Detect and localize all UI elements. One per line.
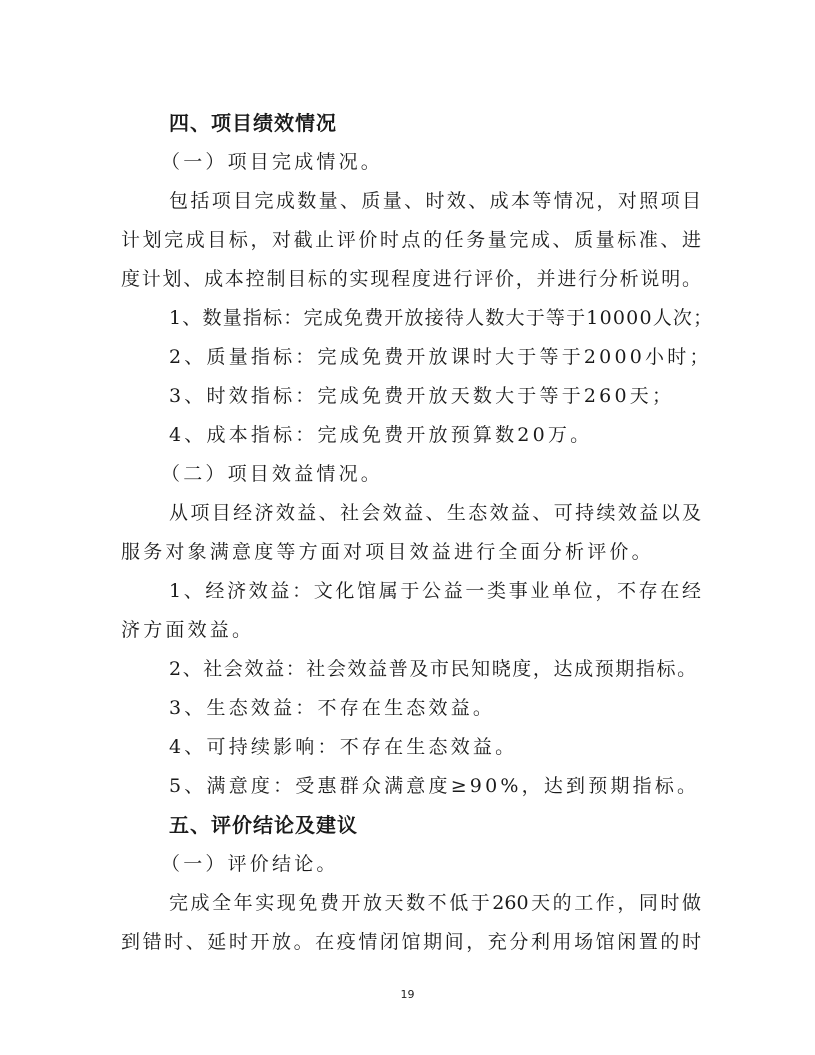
subheading-evaluation-conclusion: （一）评价结论。: [121, 845, 701, 884]
benefit-economic-cont: 济方面效益。: [121, 611, 701, 650]
paragraph-line: 包括项目完成数量、质量、时效、成本等情况，对照项目: [121, 182, 701, 221]
document-body: 四、项目绩效情况 （一）项目完成情况。 包括项目完成数量、质量、时效、成本等情况…: [121, 104, 701, 962]
paragraph-line: 服务对象满意度等方面对项目效益进行全面分析评价。: [121, 533, 701, 572]
indicator-quality: 2、质量指标：完成免费开放课时大于等于2000小时；: [121, 338, 701, 377]
section-heading-5: 五、评价结论及建议: [121, 806, 701, 845]
document-page: 四、项目绩效情况 （一）项目完成情况。 包括项目完成数量、质量、时效、成本等情况…: [0, 0, 815, 1055]
benefit-sustainable: 4、可持续影响：不存在生态效益。: [121, 728, 701, 767]
section-heading-4: 四、项目绩效情况: [121, 104, 701, 143]
paragraph-line: 度计划、成本控制目标的实现程度进行评价，并进行分析说明。: [121, 260, 701, 299]
indicator-quantity: 1、数量指标：完成免费开放接待人数大于等于10000人次；: [121, 299, 701, 338]
paragraph-line: 从项目经济效益、社会效益、生态效益、可持续效益以及: [121, 494, 701, 533]
indicator-cost: 4、成本指标：完成免费开放预算数20万。: [121, 416, 701, 455]
subheading-project-benefits: （二）项目效益情况。: [121, 455, 701, 494]
subheading-project-completion: （一）项目完成情况。: [121, 143, 701, 182]
paragraph-line: 计划完成目标，对截止评价时点的任务量完成、质量标准、进: [121, 221, 701, 260]
page-number: 19: [0, 988, 815, 1001]
indicator-timeliness: 3、时效指标：完成免费开放天数大于等于260天；: [121, 377, 701, 416]
paragraph-line: 到错时、延时开放。在疫情闭馆期间，充分利用场馆闲置的时: [121, 923, 701, 962]
benefit-satisfaction: 5、满意度：受惠群众满意度≥90%，达到预期指标。: [121, 767, 701, 806]
benefit-social: 2、社会效益：社会效益普及市民知晓度，达成预期指标。: [121, 650, 701, 689]
paragraph-line: 完成全年实现免费开放天数不低于260天的工作，同时做: [121, 884, 701, 923]
benefit-economic: 1、经济效益：文化馆属于公益一类事业单位，不存在经: [121, 572, 701, 611]
benefit-ecological: 3、生态效益：不存在生态效益。: [121, 689, 701, 728]
